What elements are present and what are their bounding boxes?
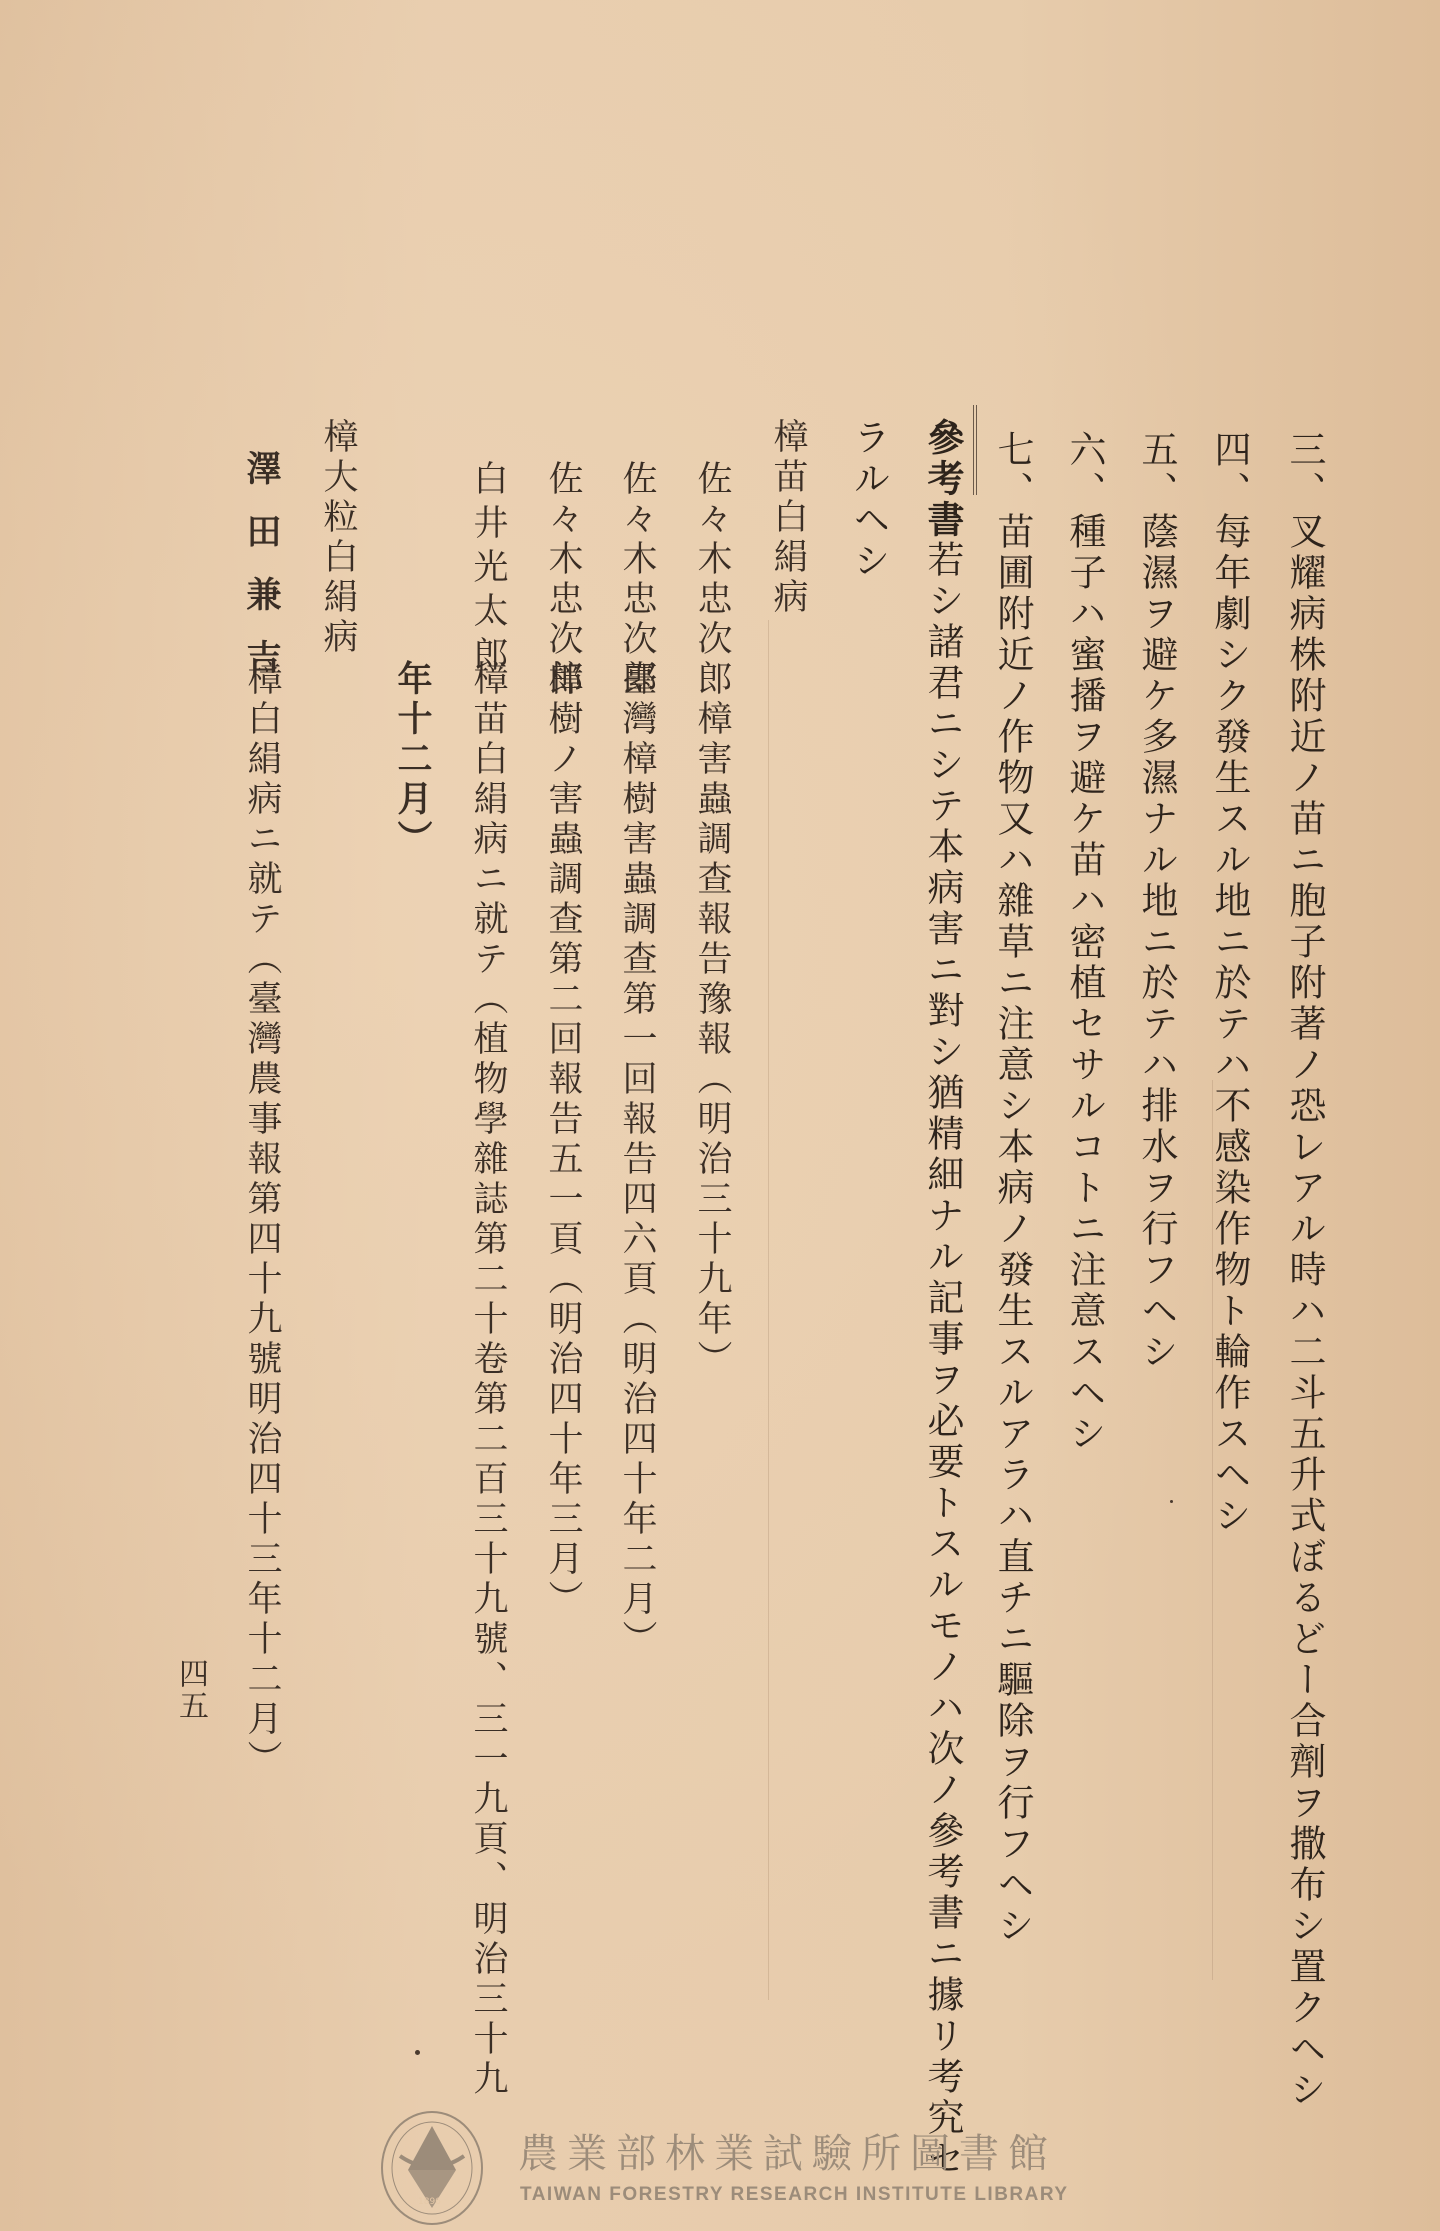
ref-author: 白井光太郎	[470, 460, 505, 680]
references-intro-cont: ラルヘシ	[850, 418, 887, 582]
item-7: 七、苗圃附近ノ作物又ハ雜草ニ注意シ本病ノ發生スルアラハ直チニ驅除ヲ行フヘシ	[994, 430, 1031, 1947]
page-number: 四五	[168, 1658, 212, 1722]
section-title: 樟苗白絹病	[770, 418, 805, 618]
library-logo-icon: 1896	[378, 2108, 486, 2228]
ref-work: 樟害蟲調查報告豫報（明治三十九年）	[694, 700, 729, 1380]
ref-work: 臺灣樟樹害蟲調查第一回報告四六頁（明治四十年二月）	[619, 660, 654, 1660]
item-4: 四、每年劇シク發生スル地ニ於テハ不感染作物ト輪作スヘシ	[1211, 430, 1248, 1537]
references-heading: 參考書	[924, 418, 961, 541]
library-name-zh: 農業部林業試驗所圖書館	[518, 2122, 1057, 2179]
references-intro: 若シ諸君ニシテ本病害ニ對シ猶精細ナル記事ヲ必要トスルモノハ次ノ參考書ニ據リ考究セ	[924, 540, 961, 2180]
item-5: 五、蔭濕ヲ避ケ多濕ナル地ニ於テハ排水ヲ行フヘシ	[1138, 430, 1175, 1373]
ref-author: 佐々木忠次郎	[694, 460, 729, 700]
ref-work: 樟苗白絹病ニ就テ（植物學雜誌第二十卷第二百三十九號、三一九頁、明治三十九	[470, 660, 505, 2100]
heading-rule-right-2	[976, 405, 977, 495]
ref-work: 樟樹ノ害蟲調查第二回報告五一頁（明治四十年三月）	[545, 660, 580, 1620]
section-title: 樟大粒白絹病	[320, 418, 355, 658]
heading-rule-right	[973, 405, 974, 495]
scanned-page: 三、叉耀病株附近ノ苗ニ胞子附著ノ恐レアル時ハ二斗五升式ぼるどー合劑ヲ撒布シ置クヘ…	[0, 0, 1440, 2231]
ref-work: 樟白絹病ニ就テ（臺灣農事報第四十九號明治四十三年十二月）	[244, 660, 279, 1780]
library-name-en: TAIWAN FORESTRY RESEARCH INSTITUTE LIBRA…	[520, 2184, 1069, 2206]
item-6: 六、種子ハ蜜播ヲ避ケ苗ハ密植セサルコトニ注意スヘシ	[1066, 430, 1103, 1455]
svg-text:1896: 1896	[418, 2197, 441, 2207]
bleed-line	[1212, 1080, 1213, 1980]
ink-speck	[415, 2050, 420, 2055]
ref-work-cont: 年十二月）	[395, 660, 430, 860]
item-3: 三、叉耀病株附近ノ苗ニ胞子附著ノ恐レアル時ハ二斗五升式ぼるどー合劑ヲ撒布シ置クヘ…	[1286, 430, 1323, 2111]
library-watermark: 1896 農業部林業試驗所圖書館 TAIWAN FORESTRY RESEARC…	[378, 2108, 1078, 2228]
ink-speck	[1170, 1500, 1173, 1503]
bleed-line	[768, 620, 769, 2000]
